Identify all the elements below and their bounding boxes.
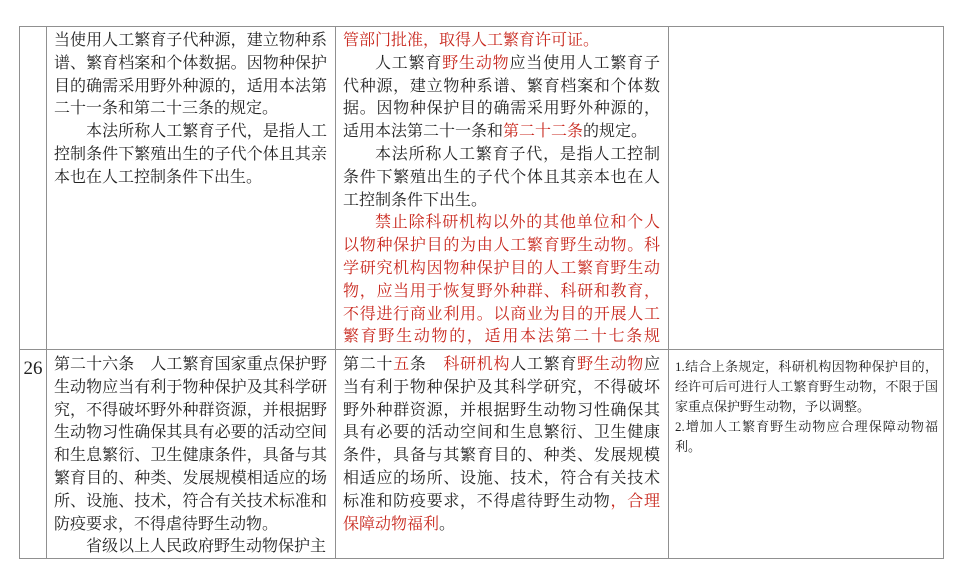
paragraph: 省级以上人民政府野生动物保护主 — [54, 536, 327, 559]
article-number-cell: 26 — [20, 350, 47, 559]
paragraph: 1.结合上条规定，科研机构因物种保护目的，经许可后可进行人工繁育野生动物，不限于… — [675, 357, 938, 417]
law-text: 本法所称人工繁育子代，是指人工控制条件下繁殖出生的子代个体且其亲本也在人工控制条… — [54, 123, 327, 186]
revision-marked-text: 第二十二条 — [503, 123, 583, 140]
law-text: 应当有利于物种保护及其科学研究，不得破坏野外种群资源，并根据野生动物习性确保其具… — [343, 356, 660, 510]
original-law-text-cell: 当使用人工繁育子代种源，建立物种系谱、繁育档案和个体数据。因物种保护目的确需采用… — [47, 27, 336, 350]
law-text: 第二十六条 人工繁育国家重点保护野生动物应当有利于物种保护及其科学研究，不得破坏… — [54, 356, 327, 533]
comment-cell — [669, 27, 944, 350]
law-text: 当使用人工繁育子代种源，建立物种系谱、繁育档案和个体数据。因物种保护目的确需采用… — [54, 32, 327, 117]
revision-marked-text: 禁止除科研机构以外的其他单位和个人以物种保护目的为由人工繁育野生动物。科学研究机… — [343, 214, 660, 350]
revised-law-text-cell: 第二十五条 科研机构人工繁育野生动物应当有利于物种保护及其科学研究，不得破坏野外… — [336, 350, 669, 559]
paragraph: 本法所称人工繁育子代，是指人工控制条件下繁殖出生的子代个体且其亲本也在人工控制条… — [54, 121, 327, 189]
law-text: 省级以上人民政府野生动物保护主 — [86, 538, 326, 555]
law-text: 人工繁育 — [510, 356, 577, 373]
paragraph: 2.增加人工繁育野生动物应合理保障动物福利。 — [675, 417, 938, 457]
law-text: 1.结合上条规定，科研机构因物种保护目的，经许可后可进行人工繁育野生动物，不限于… — [675, 359, 938, 414]
paragraph: 管部门批准，取得人工繁育许可证。 — [343, 30, 660, 53]
law-text: 第二十 — [343, 356, 393, 373]
article-number-cell — [20, 27, 47, 350]
law-text: 。 — [439, 516, 455, 533]
revision-marked-text: 管部门批准，取得人工繁育许可证。 — [343, 32, 599, 49]
law-text: 本法所称人工繁育子代，是指人工控制条件下繁殖出生的子代个体且其亲本也在人工控制条… — [343, 146, 660, 209]
paragraph: 第二十五条 科研机构人工繁育野生动物应当有利于物种保护及其科学研究，不得破坏野外… — [343, 354, 660, 536]
revision-marked-text: 野生动物 — [442, 55, 509, 72]
paragraph: 禁止除科研机构以外的其他单位和个人以物种保护目的为由人工繁育野生动物。科学研究机… — [343, 212, 660, 350]
law-text: 2.增加人工繁育野生动物应合理保障动物福利。 — [675, 419, 938, 454]
paragraph: 当使用人工繁育子代种源，建立物种系谱、繁育档案和个体数据。因物种保护目的确需采用… — [54, 30, 327, 121]
revised-law-text-cell: 管部门批准，取得人工繁育许可证。人工繁育野生动物应当使用人工繁育子代种源，建立物… — [336, 27, 669, 350]
revision-marked-text: 科研机构 — [443, 356, 510, 373]
law-text: 的规定。 — [583, 123, 647, 140]
revision-marked-text: 五 — [393, 356, 410, 373]
paragraph: 本法所称人工繁育子代，是指人工控制条件下繁殖出生的子代个体且其亲本也在人工控制条… — [343, 144, 660, 212]
law-comparison-table: 当使用人工繁育子代种源，建立物种系谱、繁育档案和个体数据。因物种保护目的确需采用… — [19, 26, 944, 559]
law-text: 条 — [410, 356, 443, 373]
revision-marked-text: 野生动物 — [577, 356, 644, 373]
paragraph: 第二十六条 人工繁育国家重点保护野生动物应当有利于物种保护及其科学研究，不得破坏… — [54, 354, 327, 536]
comment-cell: 1.结合上条规定，科研机构因物种保护目的，经许可后可进行人工繁育野生动物，不限于… — [669, 350, 944, 559]
paragraph: 人工繁育野生动物应当使用人工繁育子代种源，建立物种系谱、繁育档案和个体数据。因物… — [343, 53, 660, 144]
original-law-text-cell: 第二十六条 人工繁育国家重点保护野生动物应当有利于物种保护及其科学研究，不得破坏… — [47, 350, 336, 559]
law-text: 人工繁育 — [375, 55, 442, 72]
